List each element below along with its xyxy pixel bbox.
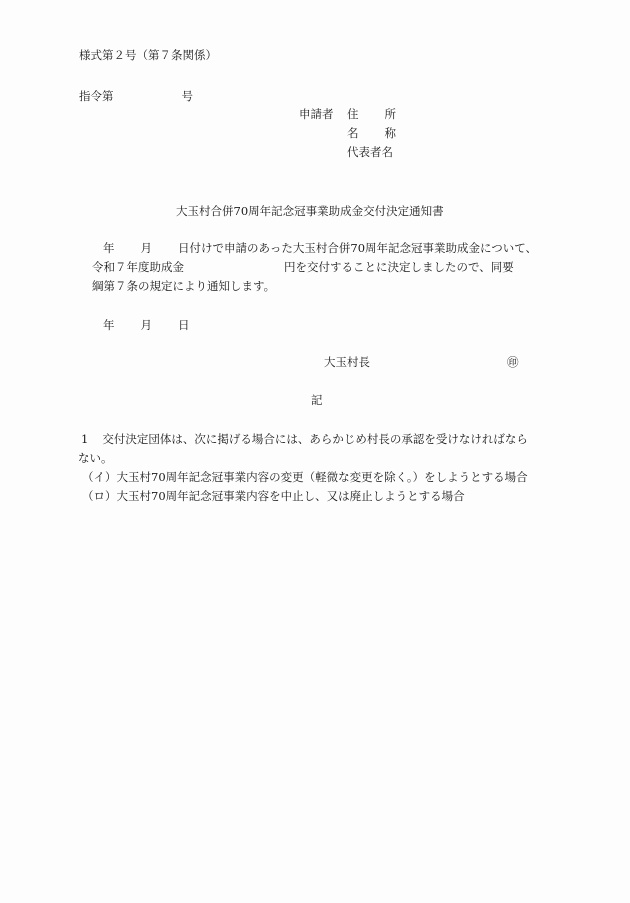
directive-number: 指令第号 (79, 88, 193, 104)
ki-heading: 記 (311, 392, 323, 408)
notice-date: 年月日 (103, 317, 190, 333)
applicant-address-label: 住所 (347, 106, 396, 122)
directive-suffix: 号 (182, 89, 194, 103)
condition-sub-item-i: （イ）大玉村70周年記念冠事業内容の変更（軽微な変更を除く。）をしようとする場合 (82, 469, 528, 485)
seal-icon: ㊞ (507, 354, 519, 370)
applicant-label: 申請者 (299, 106, 334, 122)
body-line-3: 綱第７条の規定により通知します。 (92, 278, 275, 294)
condition-item-1-continued: ない。 (78, 450, 113, 466)
condition-sub-item-ro: （ロ）大玉村70周年記念冠事業内容を中止し、又は廃止しようとする場合 (82, 488, 465, 504)
form-number: 様式第２号（第７条関係） (79, 47, 217, 63)
body-line-2: 令和７年度助成金円を交付することに決定しましたので、同要 (92, 259, 514, 275)
condition-item-1: 1交付決定団体は、次に掲げる場合には、あらかじめ村長の承認を受けなければなら (81, 431, 528, 447)
document-title: 大玉村合併70周年記念冠事業助成金交付決定通知書 (176, 203, 444, 219)
directive-prefix: 指令第 (79, 89, 114, 103)
applicant-name-label: 名称 (347, 125, 396, 141)
applicant-representative-label: 代表者名 (347, 144, 393, 160)
issuer-name: 大玉村長 (324, 354, 370, 370)
body-line-1: 年月日付けで申請のあった大玉村合併70周年記念冠事業助成金について、 (103, 240, 537, 256)
condition-number: 1 (81, 432, 88, 446)
